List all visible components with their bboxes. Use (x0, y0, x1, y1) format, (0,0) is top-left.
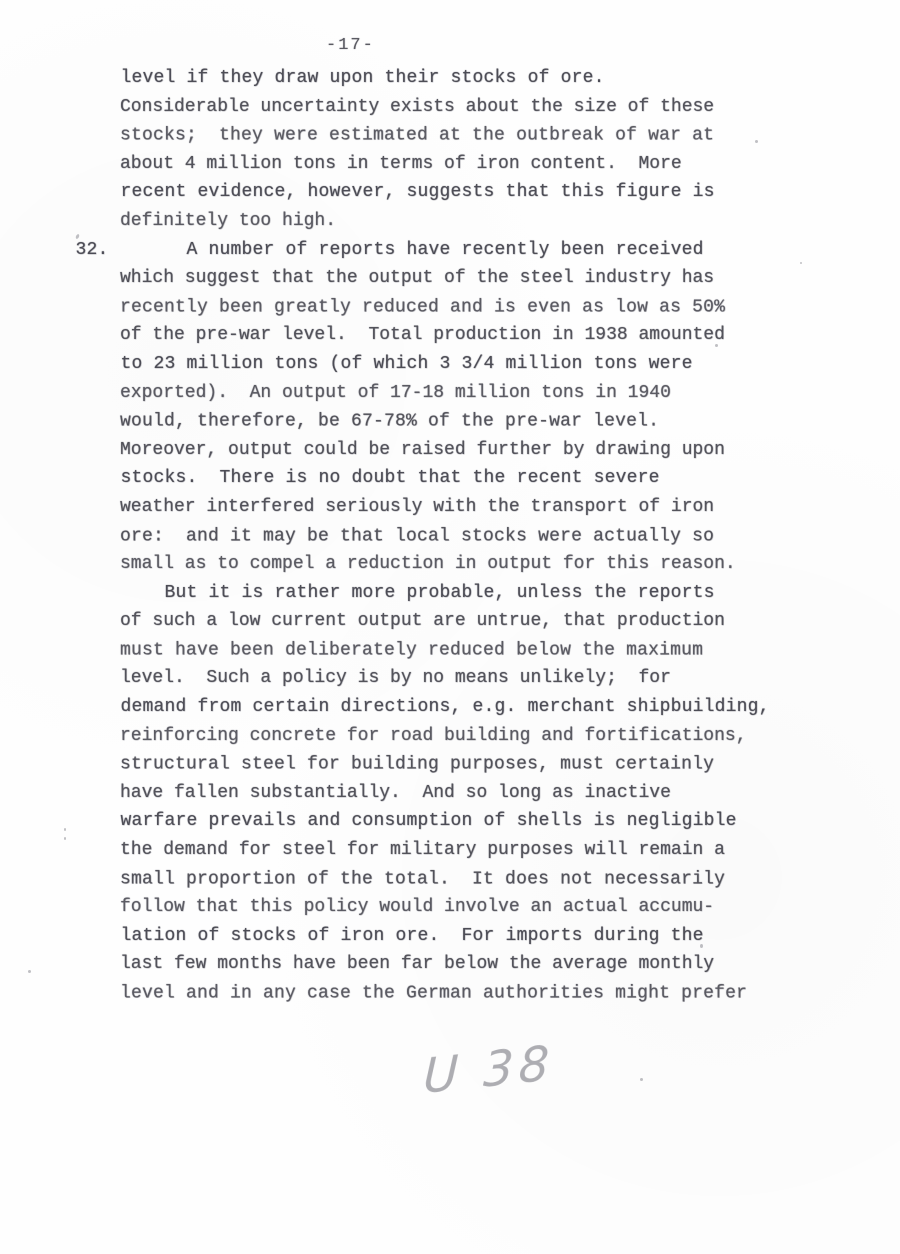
text-line: demand from certain directions, e.g. mer… (121, 693, 821, 722)
handwritten-annotation: U 38 (422, 1035, 555, 1105)
text-line: about 4 million tons in terms of iron co… (120, 150, 820, 179)
text-line: level and in any case the German authori… (120, 979, 820, 1008)
text-line: of such a low current output are untrue,… (120, 607, 820, 636)
text-line: level. Such a policy is by no means unli… (120, 664, 820, 693)
text-line: last few months have been far below the … (120, 950, 820, 979)
text-line: must have been deliberately reduced belo… (120, 636, 820, 665)
text-line: recently been greatly reduced and is eve… (120, 293, 820, 322)
text-line: weather interfered seriously with the tr… (120, 493, 820, 522)
scan-speck (800, 262, 802, 264)
text-line: ore: and it may be that local stocks wer… (120, 522, 820, 551)
text-line: have fallen substantially. And so long a… (120, 779, 820, 808)
paragraph: But it is rather more probable, unless t… (120, 579, 820, 1008)
text-line: the demand for steel for military purpos… (120, 836, 820, 865)
scan-speck (715, 344, 718, 347)
scan-speck (640, 1078, 643, 1081)
scan-speck (64, 828, 66, 831)
text-line: level if they draw upon their stocks of … (121, 64, 821, 93)
scanned-document-page: -17- level if they draw upon their stock… (0, 0, 900, 1254)
text-line: A number of reports have recently been r… (121, 236, 821, 265)
text-line: exported). An output of 17-18 million to… (120, 379, 820, 408)
text-line: Moreover, output could be raised further… (120, 436, 820, 465)
text-line: Considerable uncertainty exists about th… (120, 93, 820, 122)
paragraph: A number of reports have recently been r… (120, 236, 820, 579)
scan-speck (700, 944, 703, 948)
paragraph-number: 32. (76, 236, 109, 265)
text-line: would, therefore, be 67-78% of the pre-w… (120, 407, 820, 436)
text-line: lation of stocks of iron ore. For import… (121, 922, 821, 951)
text-line: stocks. There is no doubt that the recen… (121, 464, 821, 493)
text-line: to 23 million tons (of which 3 3/4 milli… (121, 350, 821, 379)
text-line: small as to compel a reduction in output… (120, 550, 820, 579)
text-line: reinforcing concrete for road building a… (120, 722, 820, 751)
text-line: small proportion of the total. It does n… (120, 865, 820, 894)
text-line: which suggest that the output of the ste… (120, 264, 820, 293)
text-line: follow that this policy would involve an… (120, 893, 820, 922)
document-body: level if they draw upon their stocks of … (120, 64, 820, 1008)
text-line: warfare prevails and consumption of shel… (121, 807, 821, 836)
text-line: recent evidence, however, suggests that … (121, 178, 821, 207)
text-line: structural steel for building purposes, … (120, 751, 820, 780)
text-line: definitely too high. (120, 207, 820, 236)
scan-speck (28, 970, 31, 973)
text-line: But it is rather more probable, unless t… (121, 579, 821, 608)
text-line: stocks; they were estimated at the outbr… (120, 121, 820, 150)
paragraph: level if they draw upon their stocks of … (120, 64, 820, 236)
page-number: -17- (326, 36, 375, 55)
scan-speck (755, 140, 758, 143)
